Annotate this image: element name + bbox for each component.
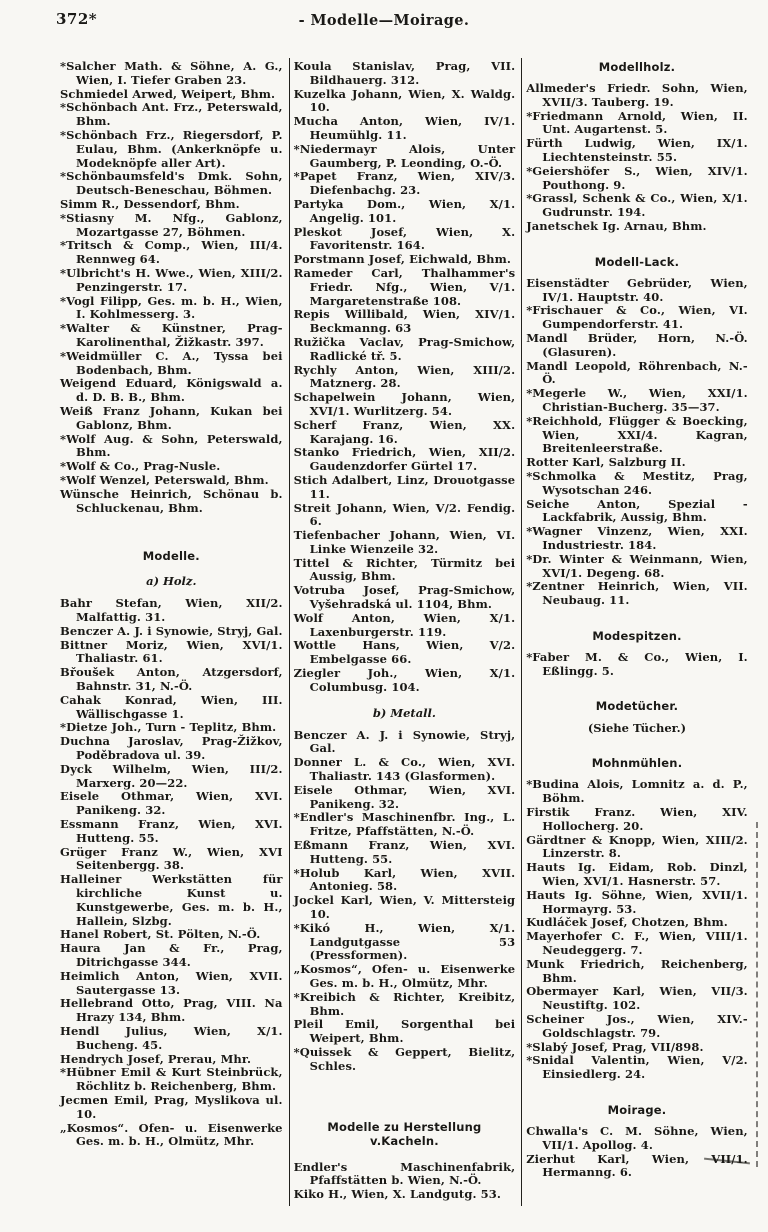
directory-entry: Porstmann Josef, Eichwald, Bhm. [294, 253, 516, 267]
directory-entry: Jecmen Emil, Prag, Myslikova ul. 10. [60, 1094, 283, 1122]
directory-entry: Břoušek Anton, Atzgersdorf, Bahnstr. 31,… [60, 666, 283, 694]
directory-entry: *Stiasny M. Nfg., Gablonz, Mozartgasse 2… [60, 212, 283, 240]
section-heading: Modelle zu Herstellung v.Kacheln. [294, 1120, 516, 1148]
directory-entry: *Budina Alois, Lomnitz a. d. P., Böhm. [526, 778, 748, 806]
directory-entry: Eisele Othmar, Wien, XVI. Panikeng. 32. [294, 784, 516, 812]
directory-entry: Hauts Ig. Söhne, Wien, XVII/1. Hormayrg.… [526, 889, 748, 917]
directory-entry: Eisenstädter Gebrüder, Wien, IV/1. Haupt… [526, 277, 748, 305]
directory-entry: Haura Jan & Fr., Prag, Ditrichgasse 344. [60, 942, 283, 970]
directory-entry: Repis Willibald, Wien, XIV/1. Beckmanng.… [294, 308, 516, 336]
directory-entry: Fürth Ludwig, Wien, IX/1. Liechtensteins… [526, 137, 748, 165]
page-number: 372* [56, 10, 97, 28]
directory-entry: *Schönbach Frz., Riegersdorf, P. Eulau, … [60, 129, 283, 170]
directory-entry: Kuzelka Johann, Wien, X. Waldg. 10. [294, 88, 516, 116]
directory-entry: *Megerle W., Wien, XXI/1. Christian-Buch… [526, 387, 748, 415]
directory-entry: Tittel & Richter, Türmitz bei Aussig, Bh… [294, 557, 516, 585]
page-title: - Modelle—Moirage. [0, 12, 768, 29]
section-heading: Modespitzen. [526, 629, 748, 643]
directory-entry: Votruba Josef, Prag-Smichow, Vyšehradská… [294, 584, 516, 612]
directory-entry: *Ulbricht's H. Wwe., Wien, XIII/2. Penzi… [60, 267, 283, 295]
directory-columns: *Salcher Math. & Söhne, A. G., Wien, I. … [56, 58, 754, 1206]
directory-entry: *Weidmüller C. A., Tyssa bei Bodenbach, … [60, 350, 283, 378]
directory-entry: *Papet Franz, Wien, XIV/3. Diefenbachg. … [294, 170, 516, 198]
directory-entry: Hauts Ig. Eidam, Rob. Dinzl, Wien, XVI/1… [526, 861, 748, 889]
directory-entry: Weiß Franz Johann, Kukan bei Gablonz, Bh… [60, 405, 283, 433]
directory-entry: Dyck Wilhelm, Wien, III/2. Marxerg. 20—2… [60, 763, 283, 791]
directory-entry: Schmiedel Arwed, Weipert, Bhm. [60, 88, 283, 102]
directory-entry: Kiko H., Wien, X. Landgutg. 53. [294, 1188, 516, 1202]
section-heading: Modell-Lack. [526, 255, 748, 269]
section-heading: Moirage. [526, 1103, 748, 1117]
directory-entry: Partyka Dom., Wien, X/1. Angelig. 101. [294, 198, 516, 226]
directory-entry: *Wolf Aug. & Sohn, Peterswald, Bhm. [60, 433, 283, 461]
directory-entry: Ziegler Joh., Wien, X/1. Columbusg. 104. [294, 667, 516, 695]
directory-entry: Zierhut Karl, Wien, VII/1. Hermanng. 6. [526, 1153, 748, 1181]
directory-entry: Janetschek Ig. Arnau, Bhm. [526, 220, 748, 234]
directory-entry: *Frischauer & Co., Wien, VI. Gumpendorfe… [526, 304, 748, 332]
directory-entry: *Wagner Vinzenz, Wien, XXI. Industriestr… [526, 525, 748, 553]
directory-entry: *Dr. Winter & Weinmann, Wien, XVI/1. Deg… [526, 553, 748, 581]
directory-entry: Grüger Franz W., Wien, XVI Seitenbergg. … [60, 846, 283, 874]
column-3: Modellholz.Allmeder's Friedr. Sohn, Wien… [521, 58, 754, 1206]
directory-entry: Simm R., Dessendorf, Bhm. [60, 198, 283, 212]
directory-entry: Cahak Konrad, Wien, III. Wällischgasse 1… [60, 694, 283, 722]
directory-entry: *Geiershöfer S., Wien, XIV/1. Pouthong. … [526, 165, 748, 193]
directory-entry: Scherf Franz, Wien, XX. Karajang. 16. [294, 419, 516, 447]
directory-entry: Donner L. & Co., Wien, XVI. Thaliastr. 1… [294, 756, 516, 784]
directory-entry: Schapelwein Johann, Wien, XVI/1. Wurlitz… [294, 391, 516, 419]
directory-entry: *Schönbaumsfeld's Dmk. Sohn, Deutsch-Ben… [60, 170, 283, 198]
directory-entry: Heimlich Anton, Wien, XVII. Sautergasse … [60, 970, 283, 998]
directory-entry: *Schönbach Ant. Frz., Peterswald, Bhm. [60, 101, 283, 129]
directory-entry: Mucha Anton, Wien, IV/1. Heumühlg. 11. [294, 115, 516, 143]
directory-entry: *Slabý Josef, Prag, VII/898. [526, 1041, 748, 1055]
directory-entry: Mandl Leopold, Röhrenbach, N.-Ö. [526, 360, 748, 388]
directory-entry: *Wolf Wenzel, Peterswald, Bhm. [60, 474, 283, 488]
section-heading: Mohnmühlen. [526, 756, 748, 770]
directory-entry: *Reichhold, Flügger & Boecking, Wien, XX… [526, 415, 748, 456]
directory-entry: „Kosmos“, Ofen- u. Eisenwerke Ges. m. b.… [294, 963, 516, 991]
directory-entry: *Wolf & Co., Prag-Nusle. [60, 460, 283, 474]
directory-entry: *Salcher Math. & Söhne, A. G., Wien, I. … [60, 60, 283, 88]
directory-entry: Benczer A. J. i Synowie, Stryj, Gal. [294, 729, 516, 757]
directory-entry: Gärdtner & Knopp, Wien, XIII/2. Linzerst… [526, 834, 748, 862]
directory-entry: Pleskot Josef, Wien, X. Favoritenstr. 16… [294, 226, 516, 254]
scanned-directory-page: 372* - Modelle—Moirage. *Salcher Math. &… [0, 0, 768, 1232]
directory-entry: Scheiner Jos., Wien, XIV.-Goldschlagstr.… [526, 1013, 748, 1041]
directory-entry: Stanko Friedrich, Wien, XII/2. Gaudenzdo… [294, 446, 516, 474]
subsection-heading: a) Holz. [60, 574, 283, 588]
directory-entry: *Friedmann Arnold, Wien, II. Unt. Augart… [526, 110, 748, 138]
directory-entry: Duchna Jaroslav, Prag-Žižkov, Poděbradov… [60, 735, 283, 763]
directory-entry: *Vogl Filipp, Ges. m. b. H., Wien, I. Ko… [60, 295, 283, 323]
directory-entry: Obermayer Karl, Wien, VII/3. Neustiftg. … [526, 985, 748, 1013]
directory-entry: *Kikó H., Wien, X/1. Landgutgasse 53 (Pr… [294, 922, 516, 963]
directory-entry: Pleil Emil, Sorgenthal bei Weipert, Bhm. [294, 1018, 516, 1046]
directory-entry: Koula Stanislav, Prag, VII. Bildhauerg. … [294, 60, 516, 88]
directory-entry: *Faber M. & Co., Wien, I. Eßlingg. 5. [526, 651, 748, 679]
directory-entry: Rotter Karl, Salzburg II. [526, 456, 748, 470]
directory-entry: Chwalla's C. M. Söhne, Wien, VII/1. Apol… [526, 1125, 748, 1153]
directory-entry: Streit Johann, Wien, V/2. Fendig. 6. [294, 502, 516, 530]
directory-entry: Rychly Anton, Wien, XIII/2. Matznerg. 28… [294, 364, 516, 392]
directory-entry: Ružička Vaclav, Prag-Smichow, Radlické t… [294, 336, 516, 364]
directory-entry: *Quissek & Geppert, Bielitz, Schles. [294, 1046, 516, 1074]
directory-entry: Wünsche Heinrich, Schönau b. Schluckenau… [60, 488, 283, 516]
page-header: 372* - Modelle—Moirage. [0, 0, 768, 42]
directory-entry: Allmeder's Friedr. Sohn, Wien, XVII/3. T… [526, 82, 748, 110]
directory-entry: *Niedermayr Alois, Unter Gaumberg, P. Le… [294, 143, 516, 171]
directory-entry: *Hübner Emil & Kurt Steinbrück, Röchlitz… [60, 1066, 283, 1094]
directory-entry: Munk Friedrich, Reichenberg, Bhm. [526, 958, 748, 986]
directory-entry: Mandl Brüder, Horn, N.-Ö. (Glasuren). [526, 332, 748, 360]
directory-entry: *Snidal Valentin, Wien, V/2. Einsiedlerg… [526, 1054, 748, 1082]
directory-entry: *Kreibich & Richter, Kreibitz, Bhm. [294, 991, 516, 1019]
directory-entry: Kudláček Josef, Chotzen, Bhm. [526, 916, 748, 930]
directory-entry: *Dietze Joh., Turn - Teplitz, Bhm. [60, 721, 283, 735]
directory-entry: Benczer A. J. i Synowie, Stryj, Gal. [60, 625, 283, 639]
directory-entry: *Endler's Maschinenfbr. Ing., L. Fritze,… [294, 811, 516, 839]
directory-entry: Mayerhofer C. F., Wien, VIII/1. Neudegge… [526, 930, 748, 958]
directory-entry: Endler's Maschinenfabrik, Pfaffstätten b… [294, 1161, 516, 1189]
directory-entry: Wolf Anton, Wien, X/1. Laxenburgerstr. 1… [294, 612, 516, 640]
directory-entry: Weigend Eduard, Königswald a. d. D. B. B… [60, 377, 283, 405]
scan-edge-artifact [756, 822, 758, 1167]
directory-entry: Halleiner Werkstätten für kirchliche Kun… [60, 873, 283, 928]
directory-entry: *Holub Karl, Wien, XVII. Antonieg. 58. [294, 867, 516, 895]
column-1: *Salcher Math. & Söhne, A. G., Wien, I. … [56, 58, 289, 1206]
directory-entry: Seiche Anton, Spezial - Lackfabrik, Auss… [526, 498, 748, 526]
directory-entry: Tiefenbacher Johann, Wien, VI. Linke Wie… [294, 529, 516, 557]
directory-entry: *Tritsch & Comp., Wien, III/4. Rennweg 6… [60, 239, 283, 267]
directory-entry: Hendrych Josef, Prerau, Mhr. [60, 1053, 283, 1067]
directory-entry: Firstik Franz. Wien, XIV. Hollocherg. 20… [526, 806, 748, 834]
directory-entry: *Walter & Künstner, Prag-Karolinenthal, … [60, 322, 283, 350]
directory-entry: Stich Adalbert, Linz, Drouotgasse 11. [294, 474, 516, 502]
directory-entry: Wottle Hans, Wien, V/2. Embelgasse 66. [294, 639, 516, 667]
directory-entry: Jockel Karl, Wien, V. Mittersteig 10. [294, 894, 516, 922]
directory-entry: „Kosmos“. Ofen- u. Eisenwerke Ges. m. b.… [60, 1122, 283, 1150]
section-heading: Modetücher. [526, 699, 748, 713]
directory-entry: Bittner Moriz, Wien, XVI/1. Thaliastr. 6… [60, 639, 283, 667]
subsection-heading: b) Metall. [294, 706, 516, 720]
directory-entry: Hanel Robert, St. Pölten, N.-Ö. [60, 928, 283, 942]
directory-entry: *Zentner Heinrich, Wien, VII. Neubaug. 1… [526, 580, 748, 608]
section-heading: Modelle. [60, 549, 283, 563]
directory-entry: Essmann Franz, Wien, XVI. Hutteng. 55. [60, 818, 283, 846]
directory-entry: Bahr Stefan, Wien, XII/2. Malfattig. 31. [60, 597, 283, 625]
directory-entry: *Grassl, Schenk & Co., Wien, X/1. Gudrun… [526, 192, 748, 220]
directory-entry: Rameder Carl, Thalhammer's Friedr. Nfg.,… [294, 267, 516, 308]
directory-entry: Hendl Julius, Wien, X/1. Bucheng. 45. [60, 1025, 283, 1053]
section-heading: Modellholz. [526, 60, 748, 74]
cross-reference-note: (Siehe Tücher.) [526, 721, 748, 735]
column-2: Koula Stanislav, Prag, VII. Bildhauerg. … [289, 58, 522, 1206]
directory-entry: *Schmolka & Mestitz, Prag, Wysotschan 24… [526, 470, 748, 498]
directory-entry: Hellebrand Otto, Prag, VIII. Na Hrazy 13… [60, 997, 283, 1025]
directory-entry: Eßmann Franz, Wien, XVI. Hutteng. 55. [294, 839, 516, 867]
directory-entry: Eisele Othmar, Wien, XVI. Panikeng. 32. [60, 790, 283, 818]
